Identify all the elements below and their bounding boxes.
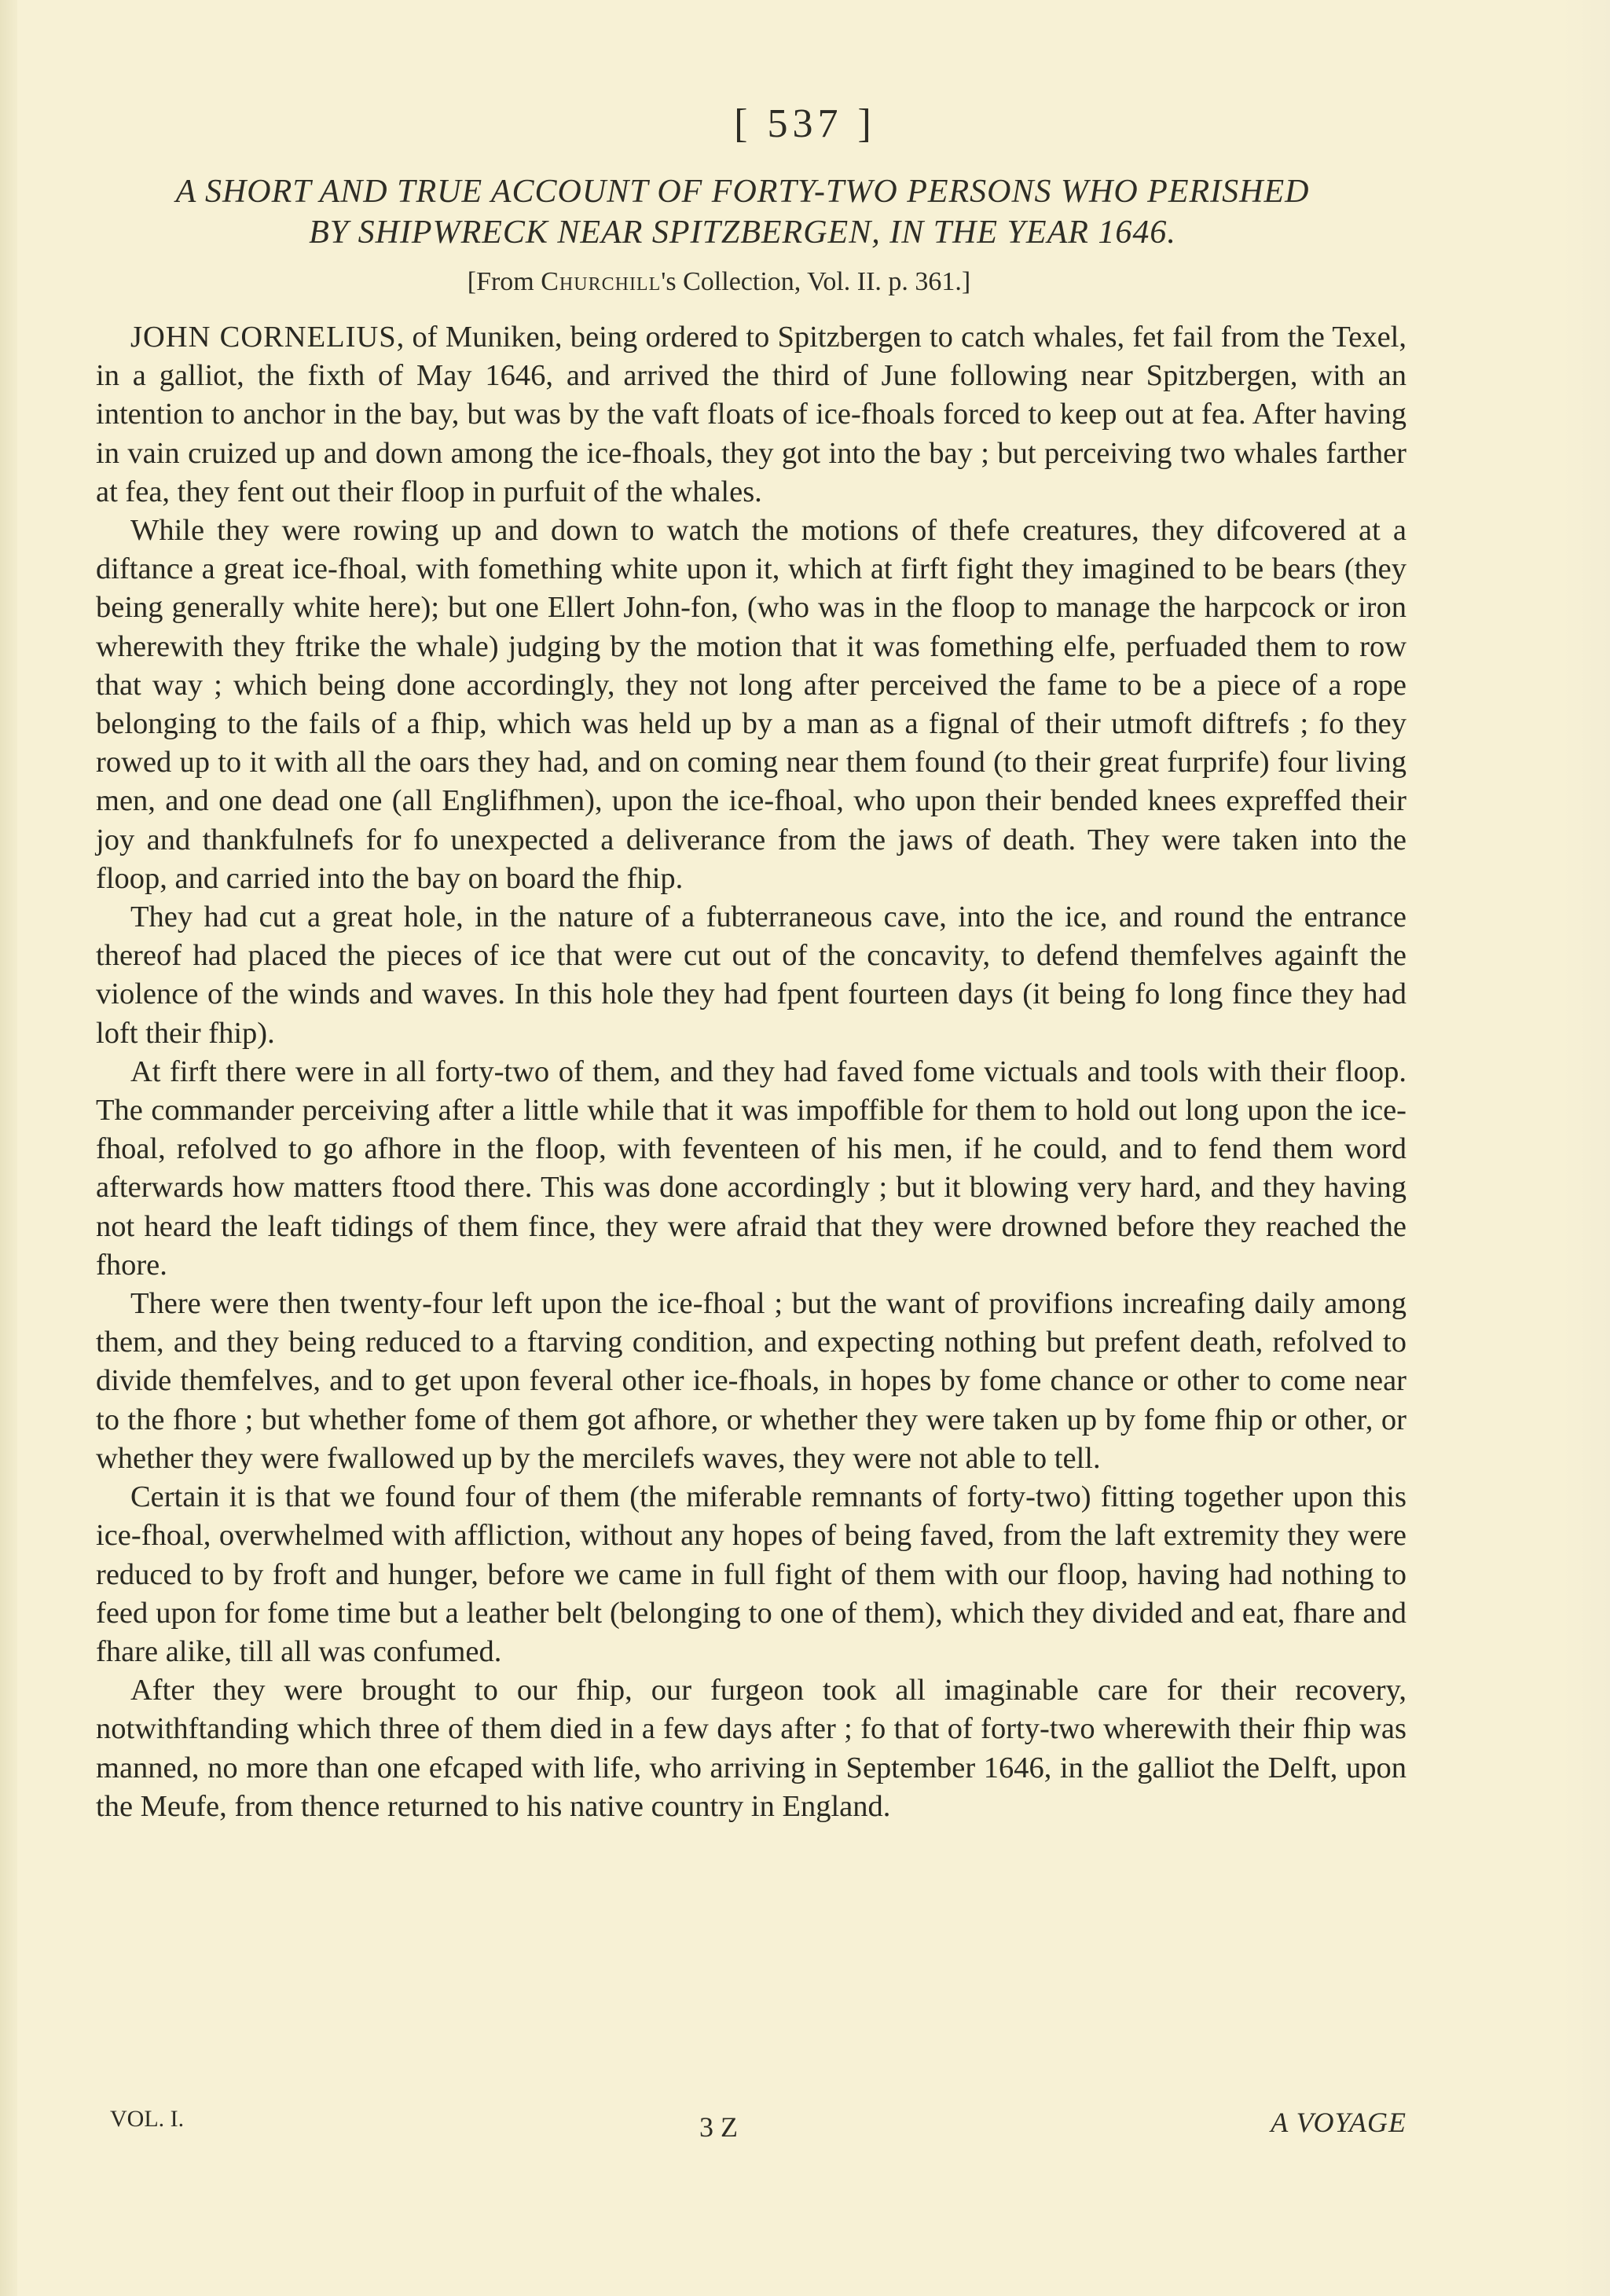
page-footer: VOL. I. 3 Z A VOYAGE xyxy=(94,2106,1406,2145)
source-prefix: [From xyxy=(468,267,541,296)
signature-mark: 3 Z xyxy=(699,2111,738,2144)
paragraph-2: While they were rowing up and down to wa… xyxy=(96,512,1406,898)
paragraph-7: After they were brought to our fhip, our… xyxy=(96,1671,1406,1826)
title-line-2: BY SHIPWRECK NEAR SPITZBERGEN, IN THE YE… xyxy=(63,212,1422,253)
paragraph-5: There were then twenty-four left upon th… xyxy=(96,1285,1406,1478)
catchword: A VOYAGE xyxy=(1271,2106,1406,2139)
title-line-1: A SHORT AND TRUE ACCOUNT OF FORTY-TWO PE… xyxy=(63,171,1422,212)
paragraph-3: They had cut a great hole, in the nature… xyxy=(96,898,1406,1053)
volume-label: VOL. I. xyxy=(110,2106,184,2133)
page-edge-shadow xyxy=(0,0,17,2296)
source-suffix: 's Collection, Vol. II. p. 361.] xyxy=(661,267,970,296)
paragraph-1: JOHN CORNELIUS, of Muniken, being ordere… xyxy=(96,318,1406,512)
paragraph-4: At firft there were in all forty-two of … xyxy=(96,1053,1406,1285)
article-title: A SHORT AND TRUE ACCOUNT OF FORTY-TWO PE… xyxy=(63,171,1422,253)
source-author: Churchill xyxy=(541,267,661,296)
page-number: [ 537 ] xyxy=(0,101,1610,147)
paragraph-6: Certain it is that we found four of them… xyxy=(96,1478,1406,1671)
article-body: JOHN CORNELIUS, of Muniken, being ordere… xyxy=(96,318,1406,1826)
page-edge-right xyxy=(1563,0,1610,2296)
source-citation: [From Churchill's Collection, Vol. II. p… xyxy=(0,267,1438,297)
paragraph-lead: JOHN CORNELIUS xyxy=(130,321,397,354)
